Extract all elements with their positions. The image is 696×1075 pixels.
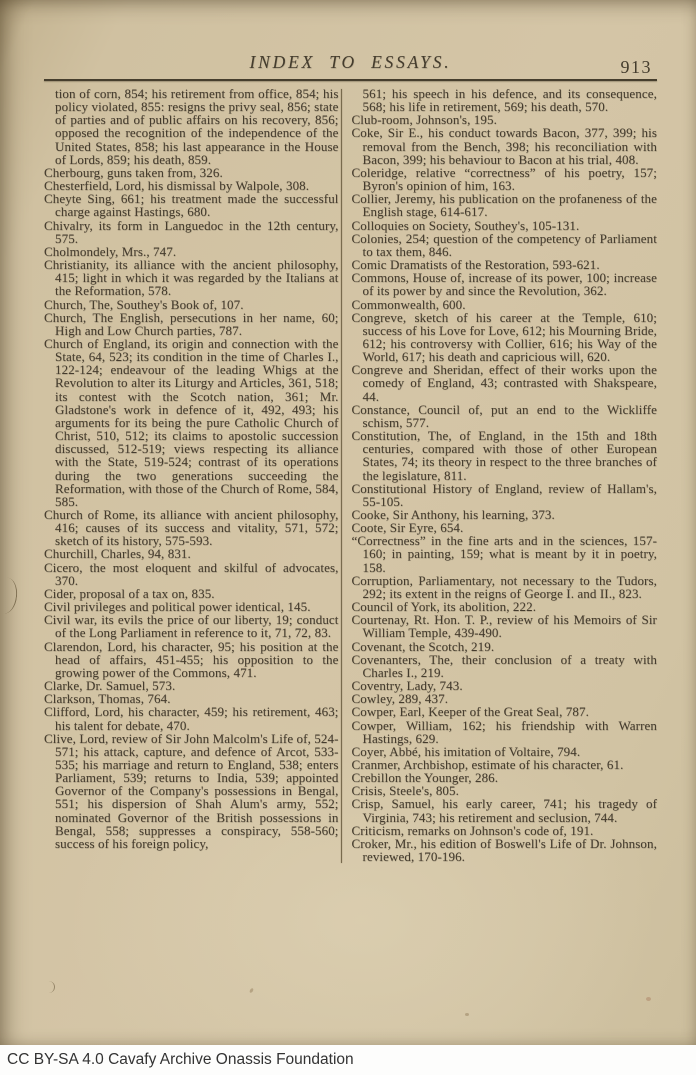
paper-speck [249, 988, 254, 994]
index-entry: Clarendon, Lord, his character, 95; his … [44, 640, 339, 679]
index-entry: “Correctness” in the fine arts and in th… [352, 534, 657, 573]
index-entry: Constitution, The, of England, in the 15… [352, 429, 657, 482]
index-entry: Corruption, Parliamentary, not necessary… [352, 574, 657, 600]
pen-mark [1, 577, 19, 614]
index-column-left: tion of corn, 854; his retirement from o… [44, 87, 339, 863]
paper-speck [465, 1013, 469, 1016]
index-entry: Chivalry, its form in Languedoc in the 1… [44, 219, 339, 245]
page-header-title: INDEX TO ESSAYS. [44, 44, 657, 73]
index-entry: Clifford, Lord, his character, 459; his … [44, 705, 339, 731]
page-content: INDEX TO ESSAYS. 913 tion of corn, 854; … [44, 44, 657, 863]
paper-background: INDEX TO ESSAYS. 913 tion of corn, 854; … [0, 0, 696, 1045]
header-rule [44, 79, 657, 81]
index-entry: Cicero, the most eloquent and skilful of… [44, 561, 339, 587]
index-entry: Courtenay, Rt. Hon. T. P., review of his… [352, 613, 657, 639]
index-entry: Clive, Lord, review of Sir John Malcolm'… [44, 732, 339, 850]
index-entry: Cowper, Earl, Keeper of the Great Seal, … [352, 705, 657, 718]
index-entry: Constance, Council of, put an end to the… [352, 403, 657, 429]
index-entry: Constitutional History of England, revie… [352, 482, 657, 508]
index-entry: Congreve, sketch of his career at the Te… [352, 311, 657, 364]
index-entry: Cowper, William, 162; his friendship wit… [352, 719, 657, 745]
index-entry: Criticism, remarks on Johnson's code of,… [352, 824, 657, 837]
paper-speck [646, 997, 651, 1001]
index-entry: Croker, Mr., his edition of Boswell's Li… [352, 837, 657, 863]
index-entry: Church of England, its origin and connec… [44, 337, 339, 508]
index-entry: Colloquies on Society, Southey's, 105-13… [352, 219, 657, 232]
index-entry: Coyer, Abbé, his imitation of Voltaire, … [352, 745, 657, 758]
running-header: INDEX TO ESSAYS. 913 [44, 44, 657, 76]
index-entry-continuation: 561; his speech in his defence, and its … [352, 87, 657, 113]
index-entry: Civil war, its evils the price of our li… [44, 613, 339, 639]
license-text: CC BY-SA 4.0 Cavafy Archive Onassis Foun… [7, 1051, 354, 1069]
index-entry: Churchill, Charles, 94, 831. [44, 547, 339, 560]
index-entry: Covenanters, The, their conclusion of a … [352, 653, 657, 679]
index-entry: Church, The, Southey's Book of, 107. [44, 298, 339, 311]
index-column-right: 561; his speech in his defence, and its … [352, 87, 657, 863]
index-entry: Church of Rome, its alliance with ancien… [44, 508, 339, 547]
index-entry: Coke, Sir E., his conduct towards Bacon,… [352, 126, 657, 165]
license-bar: CC BY-SA 4.0 Cavafy Archive Onassis Foun… [0, 1045, 696, 1075]
index-entry: Christianity, its alliance with the anci… [44, 258, 339, 297]
index-entry: Crisp, Samuel, his early career, 741; hi… [352, 797, 657, 823]
index-entry: Colonies, 254; question of the competenc… [352, 232, 657, 258]
index-columns: tion of corn, 854; his retirement from o… [44, 87, 657, 863]
pen-mark [47, 981, 55, 993]
index-entry: Congreve and Sheridan, effect of their w… [352, 363, 657, 402]
index-entry: Covenant, the Scotch, 219. [352, 640, 657, 653]
index-entry: Collier, Jeremy, his publication on the … [352, 192, 657, 218]
index-entry-continuation: tion of corn, 854; his retirement from o… [44, 87, 339, 166]
index-entry: Church, The English, persecutions in her… [44, 311, 339, 337]
index-entry: Commonwealth, 600. [352, 298, 657, 311]
page-number: 913 [621, 57, 653, 78]
index-entry: Cheyte Sing, 661; his treatment made the… [44, 192, 339, 218]
index-entry: Coleridge, relative “correctness” of his… [352, 166, 657, 192]
index-entry: Commons, House of, increase of its power… [352, 271, 657, 297]
scanned-book-page: INDEX TO ESSAYS. 913 tion of corn, 854; … [0, 0, 696, 1075]
column-divider [341, 89, 342, 863]
